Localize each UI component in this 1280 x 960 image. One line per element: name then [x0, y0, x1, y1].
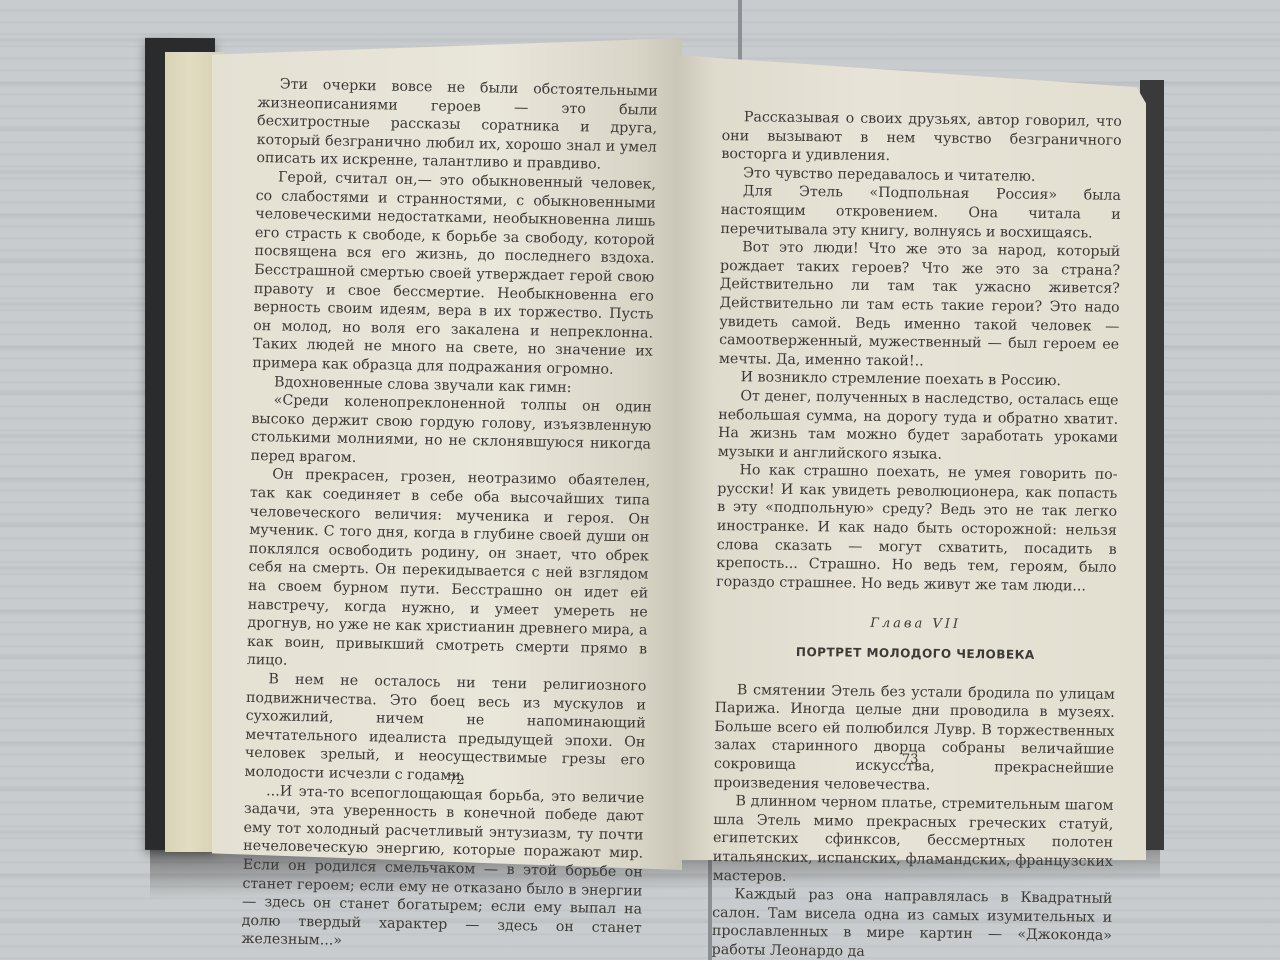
left-page-text: Эти очерки вовсе не были обстоятельными … [241, 75, 658, 956]
chapter-label: Глава VII [716, 613, 1116, 636]
chapter-title: ПОРТРЕТ МОЛОДОГО ЧЕЛОВЕКА [715, 642, 1115, 665]
paragraph: Каждый раз она направлялась в Квадратный… [712, 885, 1113, 960]
page-number-right: 73 [902, 752, 919, 767]
paragraph: Эти очерки вовсе не были обстоятельными … [256, 75, 658, 176]
paragraph: В длинном черном платье, стремительным ш… [713, 792, 1114, 890]
paragraph: Но как страшно поехать, не умея говорить… [716, 461, 1118, 596]
page-number-left: 72 [448, 773, 465, 788]
paragraph: Герой, считал он,— это обыкновенный чело… [252, 168, 656, 380]
paragraph: В смятении Этель без устали бродила по у… [714, 681, 1115, 797]
quote-paragraph: ...И эта-то всепоглощающая борьба, это в… [241, 781, 644, 956]
paragraph: Вот это люди! Что же это за народ, котор… [719, 238, 1121, 373]
quote-paragraph: Он прекрасен, грозен, неотразимо обаятел… [247, 465, 651, 677]
quote-paragraph: В нем не осталось ни тени религиозного п… [244, 670, 646, 789]
paragraph: От денег, полученных в наследство, остал… [718, 387, 1119, 466]
paragraph: Рассказывая о своих друзьях, автор говор… [721, 108, 1122, 169]
open-book: Эти очерки вовсе не были обстоятельными … [0, 0, 1280, 960]
quote-paragraph: «Среди коленопреклоненной толпы он один … [251, 391, 652, 473]
paragraph: Для Этель «Подпольная Россия» была насто… [720, 182, 1121, 243]
right-page-text: Рассказывая о своих друзьях, автор говор… [712, 108, 1122, 960]
